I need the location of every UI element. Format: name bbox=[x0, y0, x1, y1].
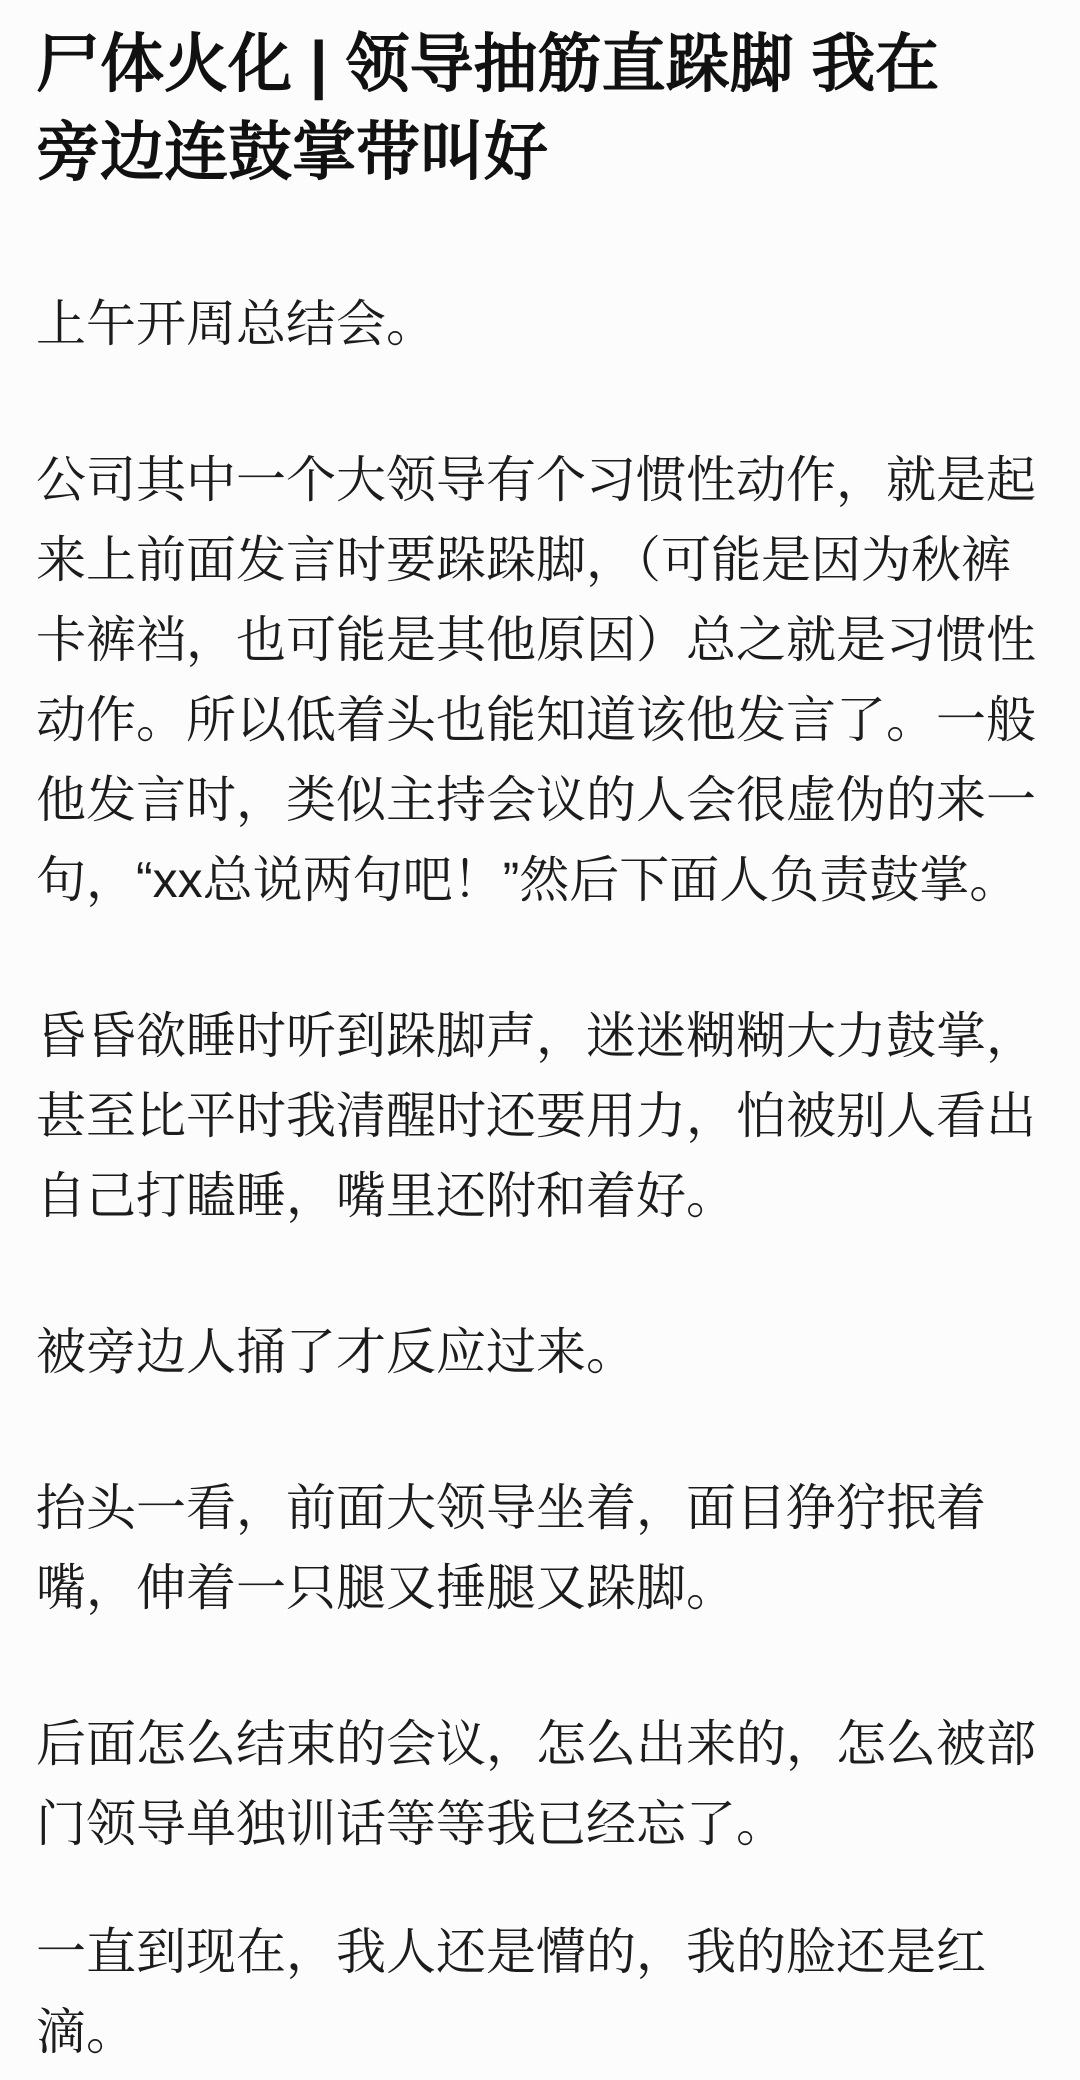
text-line: 来上前面发言时要跺跺脚，（可能是因为秋裤 bbox=[36, 520, 1044, 600]
paragraph-1: 上午开周总结会。 bbox=[36, 284, 1044, 364]
paragraph-5: 抬头一看，前面大领导坐着，面目狰狞抿着 嘴，伸着一只腿又捶腿又跺脚。 bbox=[36, 1468, 1044, 1628]
text-line: 被旁边人捅了才反应过来。 bbox=[36, 1312, 1044, 1392]
title-line: 旁边连鼓掌带叫好 bbox=[36, 108, 1044, 196]
text-line: 后面怎么结束的会议，怎么出来的，怎么被部 bbox=[36, 1704, 1044, 1784]
text-line: 动作。所以低着头也能知道该他发言了。一般 bbox=[36, 680, 1044, 760]
paragraph-4: 被旁边人捅了才反应过来。 bbox=[36, 1312, 1044, 1392]
text-line: 门领导单独训话等等我已经忘了。 bbox=[36, 1784, 1044, 1864]
text-line: 卡裤裆，也可能是其他原因）总之就是习惯性 bbox=[36, 600, 1044, 680]
text-line: 滴。 bbox=[36, 1992, 1044, 2072]
title-line: 尸体火化 | 领导抽筋直跺脚 我在 bbox=[36, 20, 1044, 108]
text-line: 上午开周总结会。 bbox=[36, 284, 1044, 364]
text-line: 甚至比平时我清醒时还要用力，怕被别人看出 bbox=[36, 1076, 1044, 1156]
article-body: 上午开周总结会。 公司其中一个大领导有个习惯性动作，就是起 来上前面发言时要跺跺… bbox=[36, 284, 1044, 2072]
text-line: 自己打瞌睡，嘴里还附和着好。 bbox=[36, 1156, 1044, 1236]
text-line: 昏昏欲睡时听到跺脚声，迷迷糊糊大力鼓掌， bbox=[36, 996, 1044, 1076]
text-line: 公司其中一个大领导有个习惯性动作，就是起 bbox=[36, 440, 1044, 520]
paragraph-6: 后面怎么结束的会议，怎么出来的，怎么被部 门领导单独训话等等我已经忘了。 bbox=[36, 1704, 1044, 1864]
article-page: 尸体火化 | 领导抽筋直跺脚 我在 旁边连鼓掌带叫好 上午开周总结会。 公司其中… bbox=[0, 0, 1080, 2080]
text-line: 他发言时，类似主持会议的人会很虚伪的来一 bbox=[36, 760, 1044, 840]
paragraph-2: 公司其中一个大领导有个习惯性动作，就是起 来上前面发言时要跺跺脚，（可能是因为秋… bbox=[36, 440, 1044, 920]
text-line: 一直到现在，我人还是懵的，我的脸还是红 bbox=[36, 1912, 1044, 1992]
paragraph-7: 一直到现在，我人还是懵的，我的脸还是红 滴。 bbox=[36, 1912, 1044, 2072]
article-title: 尸体火化 | 领导抽筋直跺脚 我在 旁边连鼓掌带叫好 bbox=[36, 20, 1044, 196]
paragraph-3: 昏昏欲睡时听到跺脚声，迷迷糊糊大力鼓掌， 甚至比平时我清醒时还要用力，怕被别人看… bbox=[36, 996, 1044, 1236]
text-line: 句，“xx总说两句吧！”然后下面人负责鼓掌。 bbox=[36, 840, 1044, 920]
text-line: 抬头一看，前面大领导坐着，面目狰狞抿着 bbox=[36, 1468, 1044, 1548]
text-line: 嘴，伸着一只腿又捶腿又跺脚。 bbox=[36, 1548, 1044, 1628]
